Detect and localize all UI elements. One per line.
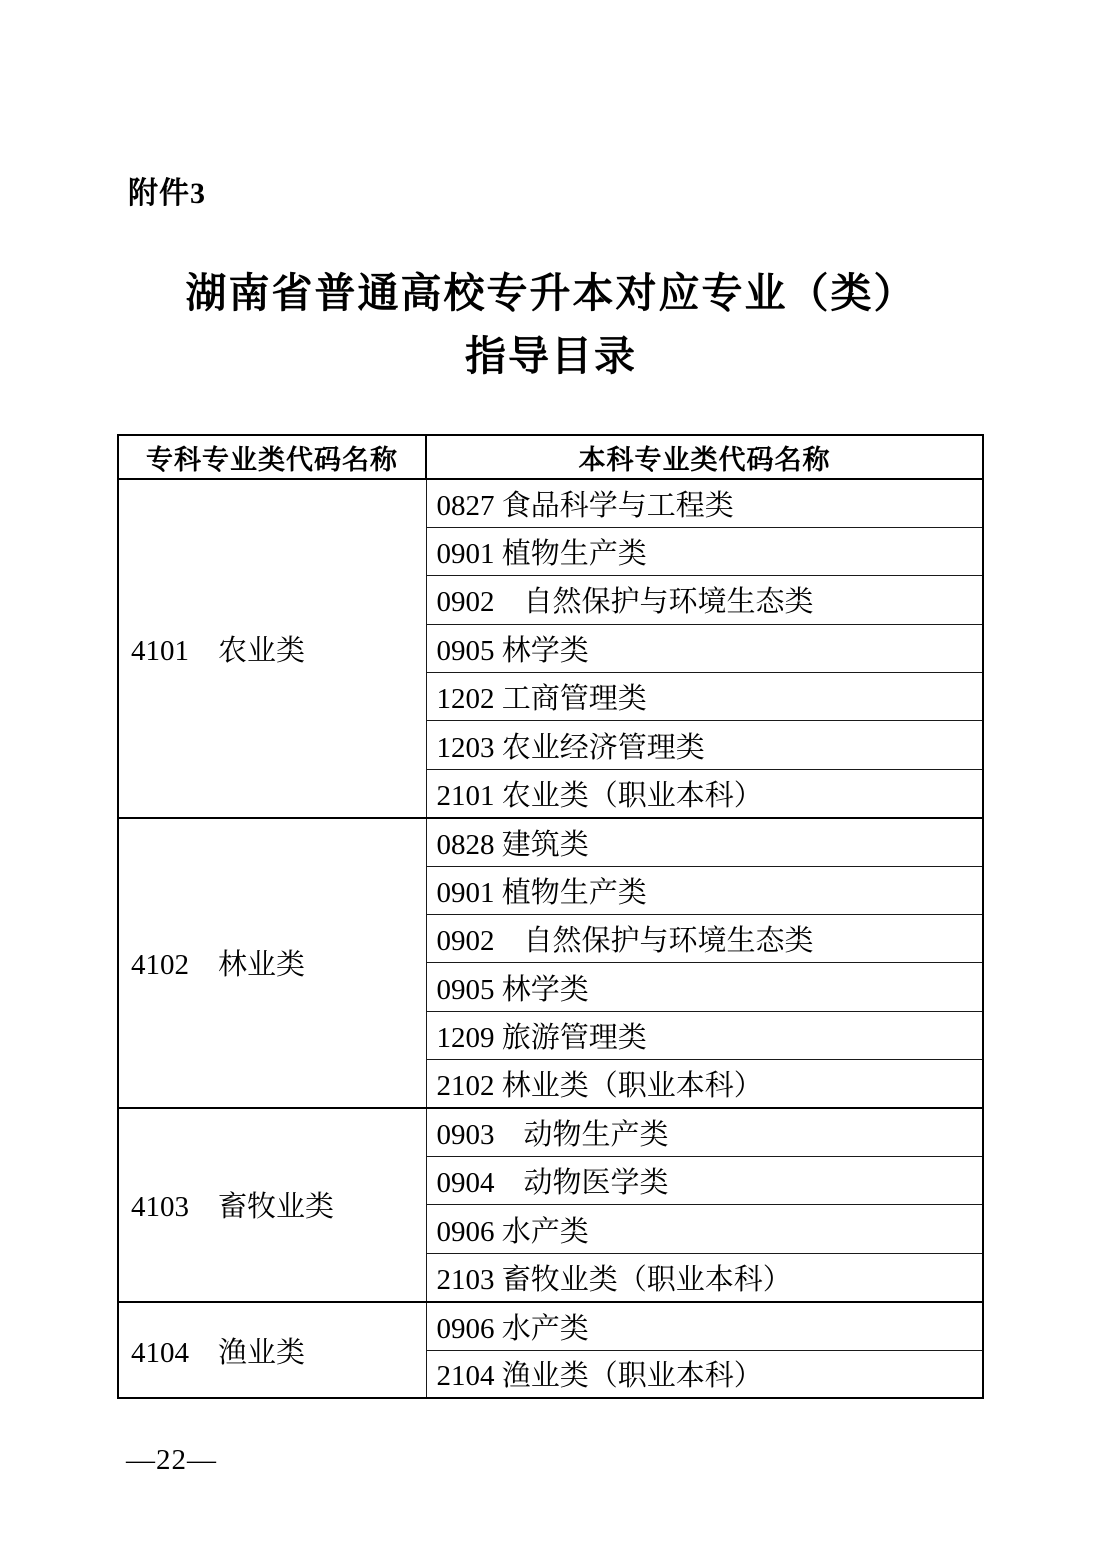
undergrad-major-cell: 0828 建筑类 — [426, 818, 983, 866]
undergrad-major-cell: 1209 旅游管理类 — [426, 1011, 983, 1059]
undergrad-major-cell: 0906 水产类 — [426, 1302, 983, 1350]
undergrad-major-cell: 1202 工商管理类 — [426, 673, 983, 721]
undergrad-major-cell: 0905 林学类 — [426, 963, 983, 1011]
header-undergrad-major: 本科专业类代码名称 — [426, 435, 983, 479]
document-title-line2: 指导目录 — [0, 325, 1102, 388]
header-college-major: 专科专业类代码名称 — [118, 435, 426, 479]
undergrad-major-cell: 0901 植物生产类 — [426, 527, 983, 575]
majors-mapping-table: 专科专业类代码名称 本科专业类代码名称 4101 农业类 0827 食品科学与工… — [117, 434, 984, 1399]
undergrad-major-cell: 1203 农业经济管理类 — [426, 721, 983, 769]
college-major-cell: 4103 畜牧业类 — [118, 1108, 426, 1302]
table-row: 4103 畜牧业类 0903 动物生产类 — [118, 1108, 983, 1156]
undergrad-major-cell: 0901 植物生产类 — [426, 866, 983, 914]
undergrad-major-cell: 0827 食品科学与工程类 — [426, 479, 983, 527]
undergrad-major-cell: 2102 林业类（职业本科） — [426, 1060, 983, 1108]
page-number: —22— — [126, 1444, 217, 1477]
undergrad-major-cell: 0906 水产类 — [426, 1205, 983, 1253]
table-row: 4101 农业类 0827 食品科学与工程类 — [118, 479, 983, 527]
undergrad-major-cell: 0905 林学类 — [426, 624, 983, 672]
document-title: 湖南省普通高校专升本对应专业（类） 指导目录 — [0, 262, 1102, 388]
college-major-cell: 4101 农业类 — [118, 479, 426, 818]
undergrad-major-cell: 0902 自然保护与环境生态类 — [426, 915, 983, 963]
undergrad-major-cell: 0904 动物医学类 — [426, 1156, 983, 1204]
undergrad-major-cell: 2104 渔业类（职业本科） — [426, 1350, 983, 1398]
college-major-cell: 4104 渔业类 — [118, 1302, 426, 1399]
document-title-line1: 湖南省普通高校专升本对应专业（类） — [0, 262, 1102, 325]
table-row: 4102 林业类 0828 建筑类 — [118, 818, 983, 866]
undergrad-major-cell: 0903 动物生产类 — [426, 1108, 983, 1156]
undergrad-major-cell: 2103 畜牧业类（职业本科） — [426, 1253, 983, 1301]
college-major-cell: 4102 林业类 — [118, 818, 426, 1108]
attachment-label: 附件3 — [128, 168, 206, 212]
undergrad-major-cell: 2101 农业类（职业本科） — [426, 769, 983, 817]
table-row: 4104 渔业类 0906 水产类 — [118, 1302, 983, 1350]
undergrad-major-cell: 0902 自然保护与环境生态类 — [426, 576, 983, 624]
table-header-row: 专科专业类代码名称 本科专业类代码名称 — [118, 435, 983, 479]
